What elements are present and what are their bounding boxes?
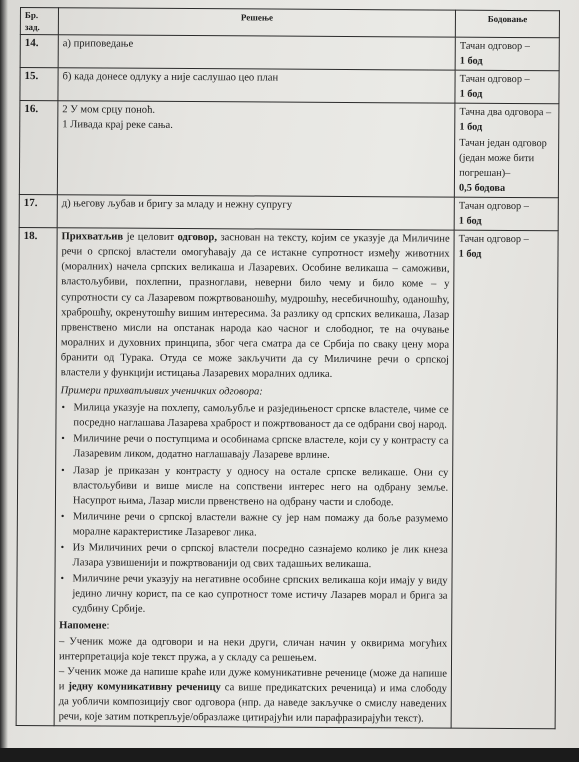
example-answer: Миличине речи о поступцима и особинама с… [60, 432, 448, 465]
note-1: – Ученик може да одговори и на неки друг… [59, 634, 447, 667]
points-condition: Тачан један одговор (један може бити пог… [459, 135, 554, 181]
points-value: 1 бод [460, 54, 555, 70]
table-row-18: 18. Прихватљив је целовит одговор, засно… [16, 228, 558, 729]
table-row-15: 15.б) када донесе одлуку а није саслушао… [20, 68, 559, 104]
points-cell: Тачан одговор –1 бод [455, 70, 559, 104]
note-2: – Ученик може да напише краће или дуже к… [59, 664, 448, 727]
task-number: 14. [20, 35, 58, 68]
points-cell: Тачан одговор –1 бод [451, 230, 558, 729]
header-task-number: Бр. зад. [20, 8, 58, 35]
points-condition: Тачна два одговора – [459, 105, 554, 121]
points-value: 0,5 бодова [459, 181, 554, 197]
example-answer: Лазар је приказан у контрасту у односу н… [60, 463, 448, 511]
points-condition: Тачан одговор – [459, 232, 554, 248]
page-edge-shadow [0, 0, 8, 748]
text-fragment: заснован на тексту, којим се указује да … [61, 232, 450, 380]
points-condition: Тачан одговор – [459, 199, 554, 215]
examples-list: Милица указује на похлепу, самољубље и р… [59, 400, 448, 619]
bold-term-one-sentence: једну комуникативну реченицу [68, 681, 221, 693]
bold-term-acceptable: Прихватљив [62, 231, 124, 242]
task-number: 18. [16, 228, 57, 726]
task-number: 17. [19, 194, 57, 227]
task-number: 16. [19, 101, 58, 195]
example-answer: Милица указује на похлепу, самољубље и р… [60, 400, 448, 433]
table-row-14: 14.а) приповедањеТачан одговор –1 бод [20, 35, 559, 71]
examples-title: Примери прихватљивих ученичких одговора: [61, 383, 449, 400]
header-num-line2: зад. [25, 22, 40, 32]
task-number: 15. [20, 68, 58, 101]
scanned-page: Бр. зад. Решење Бодовање 14.а) приповеда… [0, 0, 579, 748]
points-condition: Тачан одговор – [460, 39, 555, 55]
table-row-17: 17.д) његову љубав и бригу за младу и не… [19, 194, 558, 230]
points-value: 1 бод [459, 120, 554, 136]
table-row-16: 16.2 У мом срцу поноћ.1 Ливада крај реке… [19, 101, 559, 198]
accepted-answer-description: Прихватљив је целовит одговор, заснован … [61, 229, 450, 382]
points-value: 1 бод [460, 87, 555, 103]
header-num-line1: Бр. [25, 10, 38, 20]
header-points: Бодовање [455, 10, 559, 38]
points-cell: Тачан одговор –1 бод [454, 197, 558, 231]
notes-colon: : [106, 621, 109, 632]
example-answer: Миличине речи указују на негативне особи… [59, 571, 447, 619]
example-answer: Миличине речи о српској властели важне с… [60, 509, 448, 542]
text-fragment: је целовит [123, 232, 178, 243]
solution-line: д) његову љубав и бригу за младу и нежну… [62, 196, 450, 213]
solution-cell: д) његову љубав и бригу за младу и нежну… [57, 195, 454, 231]
solution-cell: а) приповедање [58, 35, 455, 71]
points-cell: Тачна два одговора –1 бодТачан један одг… [454, 104, 558, 198]
solution-line: а) приповедање [63, 36, 451, 53]
solution-line: б) када донесе одлуку а није саслушао це… [62, 69, 450, 86]
points-cell: Тачан одговор –1 бод [455, 37, 559, 71]
solution-line: 1 Ливада крај реке сања. [62, 118, 450, 135]
points-condition: Тачан одговор – [460, 72, 555, 88]
header-solution: Решење [58, 8, 455, 37]
answer-key-table: Бр. зад. Решење Бодовање 14.а) приповеда… [16, 7, 560, 729]
table-header-row: Бр. зад. Решење Бодовање [20, 8, 559, 38]
points-value: 1 бод [459, 247, 554, 263]
solution-cell: Прихватљив је целовит одговор, заснован … [54, 228, 454, 728]
solution-cell: 2 У мом срцу поноћ.1 Ливада крај реке са… [57, 101, 455, 197]
notes-title-text: Напомене [59, 621, 106, 632]
example-answer: Из Миличиних речи о српској властели пос… [60, 540, 448, 573]
bold-term-answer: одговор, [178, 232, 217, 243]
solution-cell: б) када донесе одлуку а није саслушао це… [58, 68, 455, 104]
points-value: 1 бод [459, 214, 554, 230]
